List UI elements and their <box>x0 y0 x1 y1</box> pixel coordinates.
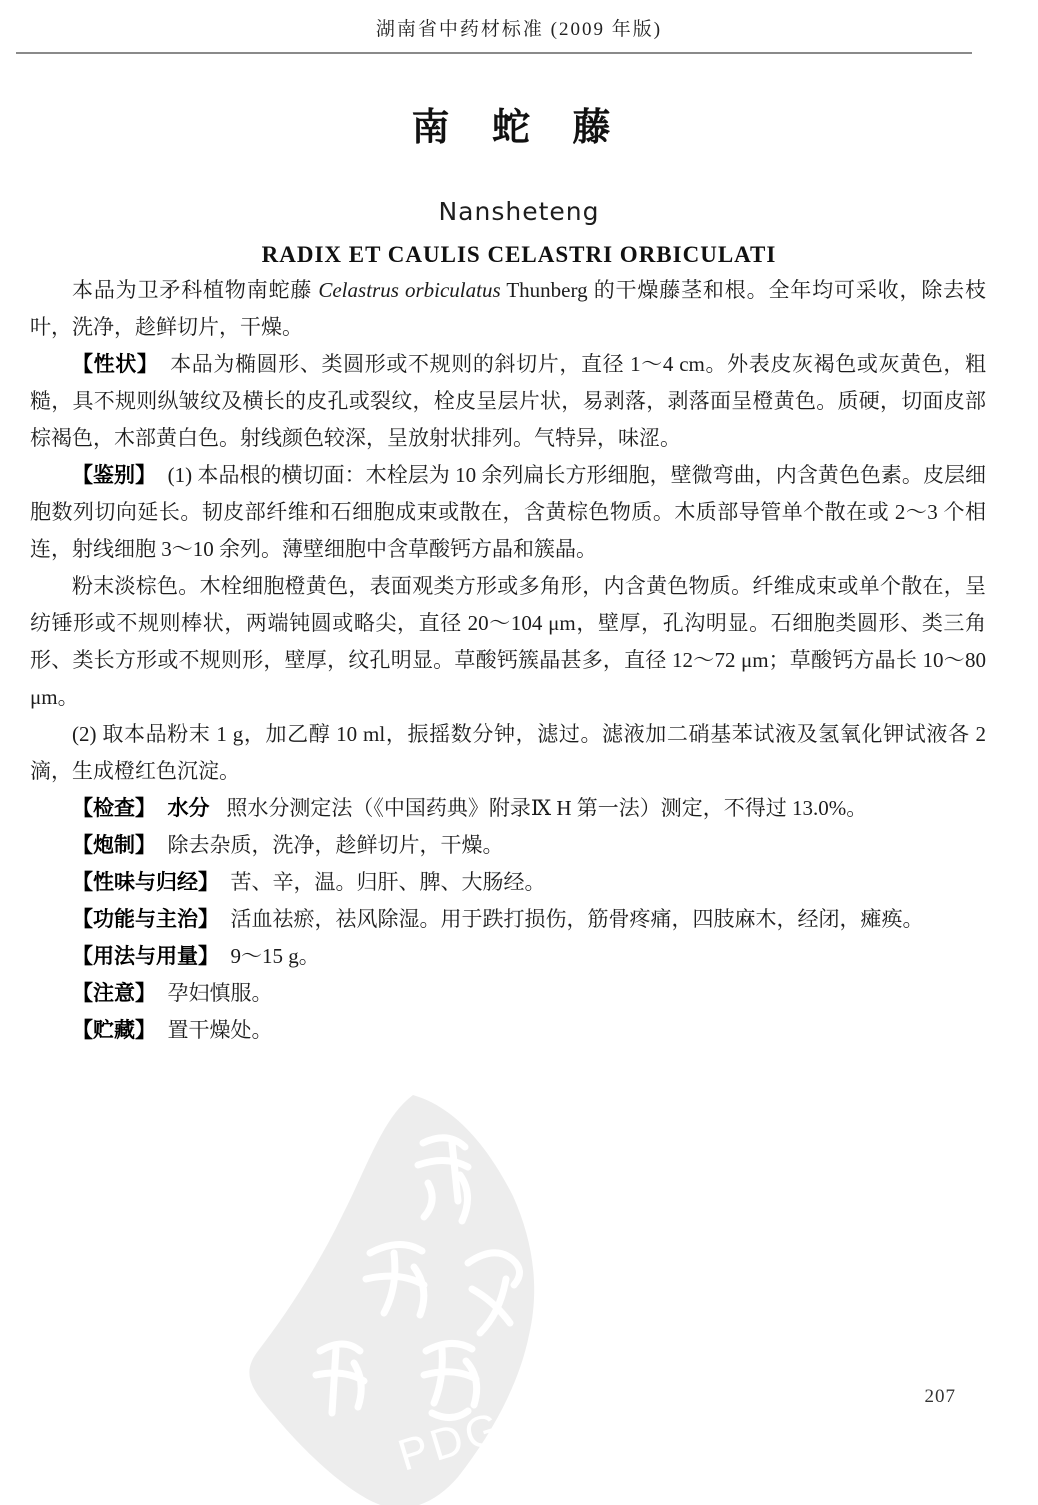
section-text: 孕妇慎服。 <box>168 981 273 1005</box>
section-label: 【功能与主治】 <box>72 908 219 931</box>
watermark-blob: PDG <box>228 1083 650 1505</box>
title-block: 南 蛇 藤 Nansheteng RADIX ET CAULIS CELASTR… <box>0 96 1038 268</box>
watermark-stone-shape <box>249 1095 534 1505</box>
header-rule <box>16 52 972 54</box>
powder-paragraph: 粉末淡棕色。木栓细胞橙黄色，表面观类方形或多角形，内含黄色物质。纤维成束或单个散… <box>30 568 986 716</box>
section-label: 【检查】 <box>72 797 156 820</box>
section-zhuyi: 【注意】孕妇慎服。 <box>30 975 986 1012</box>
section-jiancha: 【检查】水分照水分测定法（《中国药典》附录Ⅸ H 第一法）测定，不得过 13.0… <box>30 790 986 827</box>
section-xingwei-guijing: 【性味与归经】苦、辛，温。归肝、脾、大肠经。 <box>30 864 986 901</box>
monograph-title-latin: RADIX ET CAULIS CELASTRI ORBICULATI <box>0 242 1038 268</box>
page-number: 207 <box>925 1386 957 1408</box>
section-text: 本品为椭圆形、类圆形或不规则的斜切片，直径 1～4 cm。外表皮灰褐色或灰黄色，… <box>30 352 986 450</box>
section-sublabel-water: 水分 <box>168 797 210 820</box>
section-text: 置干燥处。 <box>168 1018 273 1042</box>
section-text: 苦、辛，温。归肝、脾、大肠经。 <box>231 870 546 894</box>
section-text: 9～15 g。 <box>231 944 320 968</box>
section-text: 活血祛瘀，祛风除湿。用于跌打损伤，筋骨疼痛，四肢麻木，经闭，瘫痪。 <box>231 907 924 931</box>
section-gongneng-zhuzhi: 【功能与主治】活血祛瘀，祛风除湿。用于跌打损伤，筋骨疼痛，四肢麻木，经闭，瘫痪。 <box>30 901 986 938</box>
monograph-title-pinyin: Nansheteng <box>0 197 1038 226</box>
section-zhucang: 【贮藏】置干燥处。 <box>30 1012 986 1049</box>
identification-test-2-paragraph: (2) 取本品粉末 1 g，加乙醇 10 ml，振摇数分钟，滤过。滤液加二硝基苯… <box>30 716 986 790</box>
section-xingzhuang: 【性状】本品为椭圆形、类圆形或不规则的斜切片，直径 1～4 cm。外表皮灰褐色或… <box>30 346 986 457</box>
section-label: 【性状】 <box>72 353 159 376</box>
section-text: 除去杂质，洗净，趁鲜切片，干燥。 <box>168 833 504 857</box>
watermark-pdg-text: PDG <box>393 1402 510 1480</box>
section-label: 【用法与用量】 <box>72 945 219 968</box>
page-header: 湖南省中药材标准 (2009 年版) <box>0 14 1038 41</box>
section-label: 【贮藏】 <box>72 1019 156 1042</box>
watermark: PDG <box>228 1083 650 1505</box>
monograph-body: 本品为卫矛科植物南蛇藤 Celastrus orbiculatus Thunbe… <box>30 272 986 1049</box>
section-label: 【注意】 <box>72 982 156 1005</box>
intro-paragraph: 本品为卫矛科植物南蛇藤 Celastrus orbiculatus Thunbe… <box>30 272 986 346</box>
section-label: 【炮制】 <box>72 834 156 857</box>
botanical-latin-name: Celastrus orbiculatus <box>318 278 500 302</box>
botanical-author: Thunberg <box>501 278 594 302</box>
monograph-title-chinese: 南 蛇 藤 <box>0 96 1038 151</box>
section-yongfa-yongliang: 【用法与用量】9～15 g。 <box>30 938 986 975</box>
section-paozhi: 【炮制】除去杂质，洗净，趁鲜切片，干燥。 <box>30 827 986 864</box>
section-label: 【鉴别】 <box>72 464 156 487</box>
section-label: 【性味与归经】 <box>72 871 219 894</box>
document-page: 湖南省中药材标准 (2009 年版) 南 蛇 藤 Nansheteng RADI… <box>0 0 1038 1505</box>
section-text: (1) 本品根的横切面：木栓层为 10 余列扁长方形细胞，壁微弯曲，内含黄色色素… <box>30 463 986 561</box>
section-jianbie: 【鉴别】(1) 本品根的横切面：木栓层为 10 余列扁长方形细胞，壁微弯曲，内含… <box>30 457 986 568</box>
intro-text-1: 本品为卫矛科植物南蛇藤 <box>72 278 318 302</box>
watermark-seal-glyphs <box>316 1138 520 1418</box>
section-text: 照水分测定法（《中国药典》附录Ⅸ H 第一法）测定，不得过 13.0%。 <box>226 796 867 820</box>
